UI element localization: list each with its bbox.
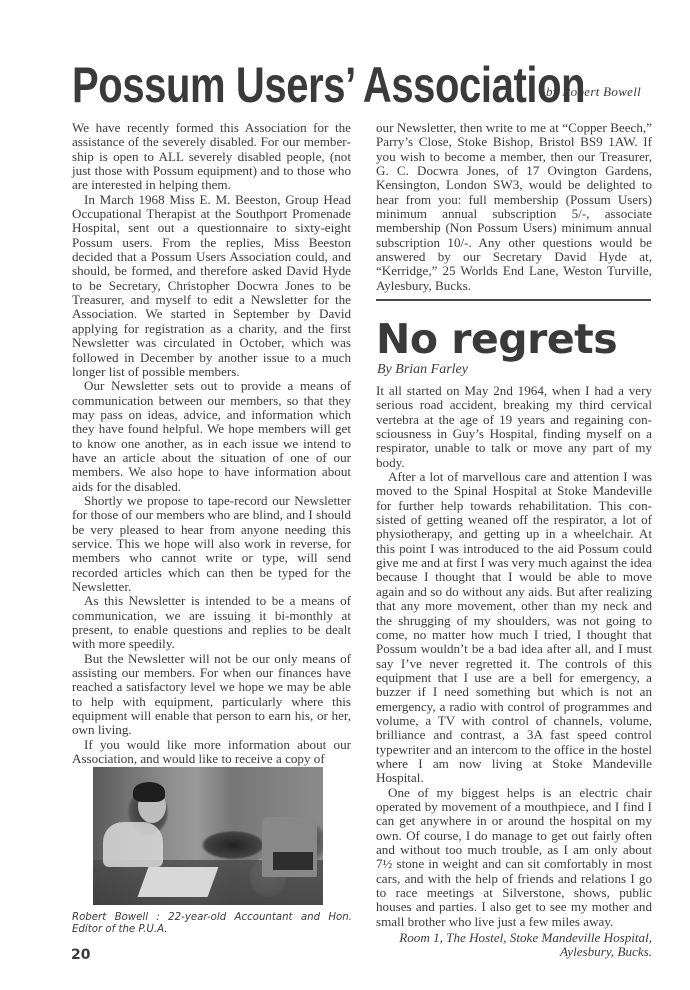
paragraph: But the Newsletter will not be our only … [72,652,351,738]
left-column: We have recently formed this Association… [72,121,351,766]
page-number: 20 [71,947,90,963]
paragraph: In March 1968 Miss E. M. Beeston, Group … [72,193,351,379]
paragraph: our Newsletter, then write to me at “Cop… [376,121,652,293]
paragraph: We have recently formed this Association… [72,121,351,193]
article-byline: by Robert Bowell [546,84,641,100]
paragraph: Shortly we propose to tape-record our Ne… [72,494,351,594]
article2-title: No regrets [376,316,617,362]
photo-person [103,822,163,867]
magazine-page: Possum Users’ Association by Robert Bowe… [0,0,690,990]
article2-byline: By Brian Farley [377,362,468,378]
article-divider [376,299,651,301]
article-title: Possum Users’ Association [72,58,585,112]
paragraph: Our Newsletter sets out to provide a mea… [72,379,351,494]
photo-robert-bowell [93,767,323,905]
paragraph: After a lot of marvellous care and atten… [376,470,652,786]
right-column-top: our Newsletter, then write to me at “Cop… [376,121,652,293]
photo-hair [133,782,165,802]
signature-address-line1: Room 1, The Hostel, Stoke Mandeville Hos… [376,931,652,945]
paragraph: If you would like more information about… [72,738,351,767]
signature-address-line2: Aylesbury, Bucks. [376,945,652,959]
photo-paper [138,867,219,897]
photo-caption: Robert Bowell : 22-year-old Accountant a… [72,912,352,936]
right-column-article2: It all started on May 2nd 1964, when I h… [376,384,652,960]
paragraph: One of my biggest helps is an electric c… [376,786,652,929]
photo-keyboard [273,852,313,870]
paragraph: It all started on May 2nd 1964, when I h… [376,384,652,470]
paragraph: As this Newsletter is intended to be a m… [72,594,351,651]
